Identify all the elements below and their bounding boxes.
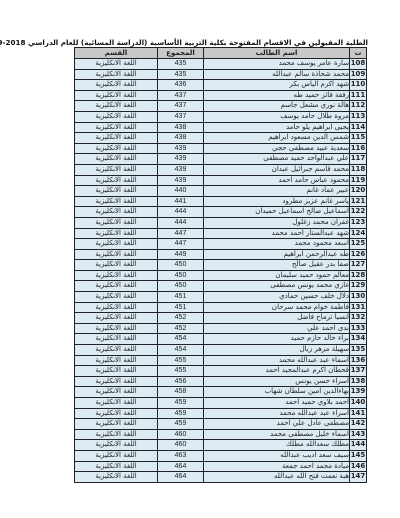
table-row: 127صفا بدر عقيل صالح450اللغة الانكليزية [75,260,367,271]
total-score: 438 [158,133,204,144]
table-row: 110شهد اكرم الياس بكر436اللغة الانكليزية [75,80,367,91]
total-score: 463 [158,450,204,461]
department: اللغة الانكليزية [75,323,158,334]
department: اللغة الانكليزية [75,472,158,483]
total-score: 438 [158,122,204,133]
total-score: 439 [158,143,204,154]
total-score: 459 [158,408,204,419]
student-name: براء خالد حازم حميد [204,334,350,345]
department: اللغة الانكليزية [75,217,158,228]
department: اللغة الانكليزية [75,419,158,430]
department: اللغة الانكليزية [75,366,158,377]
student-name: انسيا ترماح فاضل [204,313,350,324]
department: اللغة الانكليزية [75,143,158,154]
student-name: طه عبدالرحمن ابراهيم [204,249,350,260]
row-number: 112 [350,101,367,112]
student-name: يحيى ابراهيم يلو حامد [204,122,350,133]
department: اللغة الانكليزية [75,281,158,292]
total-score: 452 [158,323,204,334]
department: اللغة الانكليزية [75,461,158,472]
row-number: 122 [350,207,367,218]
department: اللغة الانكليزية [75,313,158,324]
department: اللغة الانكليزية [75,398,158,409]
total-score: 439 [158,154,204,165]
table-body: 108سارة عامر يوسف محمد435اللغة الانكليزي… [75,59,367,483]
student-name: بهاءالدين امين سلطان شهاب [204,387,350,398]
row-number: 139 [350,387,367,398]
total-score: 437 [158,101,204,112]
header-total: المجموع [158,48,204,59]
student-name: مصطفى عادل علي احمد [204,419,350,430]
total-score: 441 [158,196,204,207]
table-row: 119محمود عباس حامد احمد439اللغة الانكليز… [75,175,367,186]
student-name: ياسر غانم عزيز مطرود [204,196,350,207]
table-row: 136اسماء عبد عبدالله محمد455اللغة الانكل… [75,355,367,366]
row-number: 135 [350,345,367,356]
table-row: 141اسراء عبد عبدالله محمد459اللغة الانكل… [75,408,367,419]
department: اللغة الانكليزية [75,207,158,218]
table-row: 134براء خالد حازم حميد454اللغة الانكليزي… [75,334,367,345]
total-score: 459 [158,398,204,409]
row-number: 127 [350,260,367,271]
student-name: مطلك سعدالله مطلك [204,440,350,451]
table-row: 111رفقة فائز حميد طه437اللغة الانكليزية [75,90,367,101]
student-name: معالم حمود حميد سليمان [204,270,350,281]
table-row: 144مطلك سعدالله مطلك460اللغة الانكليزية [75,440,367,451]
table-row: 120عبير عماد غانم440اللغة الانكليزية [75,186,367,197]
total-score: 460 [158,429,204,440]
total-score: 455 [158,355,204,366]
student-name: اسماء خليل مصطفى محمد [204,429,350,440]
page-title: الطلبة المقبولين في الاقسام المفتوحة بكل… [74,38,368,47]
student-name: علي عبدالواحد حميد مصطفى [204,154,350,165]
student-name: مروة طلال حامد يوسف [204,111,350,122]
table-row: 142مصطفى عادل علي احمد459اللغة الانكليزي… [75,419,367,430]
table-row: 130دلال خلف حسين حمادي451اللغة الانكليزي… [75,292,367,303]
student-name: هبة نعمت فتح الله عبدالله [204,472,350,483]
row-number: 126 [350,249,367,260]
row-number: 119 [350,175,367,186]
student-name: احمد بلاوي حميد احمد [204,398,350,409]
total-score: 459 [158,419,204,430]
total-score: 452 [158,313,204,324]
row-number: 124 [350,228,367,239]
table-header-row: ت اسم الطالب المجموع القسم [75,48,367,59]
total-score: 456 [158,376,204,387]
table-row: 147هبة نعمت فتح الله عبدالله464اللغة الا… [75,472,367,483]
department: اللغة الانكليزية [75,239,158,250]
table-row: 126طه عبدالرحمن ابراهيم449اللغة الانكليز… [75,249,367,260]
row-number: 147 [350,472,367,483]
table-row: 114يحيى ابراهيم يلو حامد438اللغة الانكلي… [75,122,367,133]
row-number: 133 [350,323,367,334]
table-row: 124شهد عبدالستار احمد محمد447اللغة الانك… [75,228,367,239]
row-number: 108 [350,59,367,70]
row-number: 132 [350,313,367,324]
table-row: 116سعدية عبيد مصطفى حجي439اللغة الانكليز… [75,143,367,154]
header-number: ت [350,48,367,59]
total-score: 454 [158,345,204,356]
total-score: 439 [158,175,204,186]
row-number: 125 [350,239,367,250]
total-score: 460 [158,440,204,451]
student-name: رفقة فائز حميد طه [204,90,350,101]
total-score: 451 [158,292,204,303]
total-score: 464 [158,472,204,483]
department: اللغة الانكليزية [75,196,158,207]
total-score: 436 [158,80,204,91]
table-row: 125اسعد محمود محمد447اللغة الانكليزية [75,239,367,250]
row-number: 144 [350,440,367,451]
total-score: 451 [158,302,204,313]
row-number: 109 [350,69,367,80]
student-name: محمد شحاذة سالم عبدالله [204,69,350,80]
table-row: 115شمس الدين مسعود ابراهيم438اللغة الانك… [75,133,367,144]
table-row: 112هالة نوري مشعل جاسم437اللغة الانكليزي… [75,101,367,112]
department: اللغة الانكليزية [75,164,158,175]
row-number: 138 [350,376,367,387]
department: اللغة الانكليزية [75,59,158,70]
student-name: سيف سعد اديب عبدالله [204,450,350,461]
student-name: غازي محمد يونس مصطفى [204,281,350,292]
table-row: 108سارة عامر يوسف محمد435اللغة الانكليزي… [75,59,367,70]
student-name: اسماعيل صالح اسماعيل حميدان [204,207,350,218]
row-number: 117 [350,154,367,165]
department: اللغة الانكليزية [75,154,158,165]
department: اللغة الانكليزية [75,334,158,345]
student-name: محمد قاسم جبرائيل عبدان [204,164,350,175]
row-number: 113 [350,111,367,122]
department: اللغة الانكليزية [75,440,158,451]
department: اللغة الانكليزية [75,249,158,260]
row-number: 131 [350,302,367,313]
student-name: شهد اكرم الياس بكر [204,80,350,91]
row-number: 115 [350,133,367,144]
department: اللغة الانكليزية [75,292,158,303]
department: اللغة الانكليزية [75,69,158,80]
department: اللغة الانكليزية [75,101,158,112]
total-score: 444 [158,217,204,228]
student-name: اسعد محمود محمد [204,239,350,250]
department: اللغة الانكليزية [75,429,158,440]
table-row: 139بهاءالدين امين سلطان شهاب458اللغة الا… [75,387,367,398]
table-row: 131فاطمة خوام محمد سرحان451اللغة الانكلي… [75,302,367,313]
row-number: 120 [350,186,367,197]
total-score: 464 [158,461,204,472]
department: اللغة الانكليزية [75,228,158,239]
table-row: 121ياسر غانم عزيز مطرود441اللغة الانكليز… [75,196,367,207]
student-name: قحطان اكرم عبدالمجيد احمد [204,366,350,377]
table-row: 128معالم حمود حميد سليمان450اللغة الانكل… [75,270,367,281]
total-score: 450 [158,281,204,292]
table-row: 146ميادة محمد احمد جمعة464اللغة الانكليز… [75,461,367,472]
row-number: 118 [350,164,367,175]
department: اللغة الانكليزية [75,450,158,461]
total-score: 437 [158,90,204,101]
row-number: 143 [350,429,367,440]
row-number: 128 [350,270,367,281]
department: اللغة الانكليزية [75,355,158,366]
table-row: 118محمد قاسم جبرائيل عبدان439اللغة الانك… [75,164,367,175]
department: اللغة الانكليزية [75,111,158,122]
row-number: 111 [350,90,367,101]
row-number: 146 [350,461,367,472]
table-row: 129غازي محمد يونس مصطفى450اللغة الانكليز… [75,281,367,292]
table-row: 123غفران محمد زغلول444اللغة الانكليزية [75,217,367,228]
student-name: فاطمة خوام محمد سرحان [204,302,350,313]
row-number: 116 [350,143,367,154]
row-number: 123 [350,217,367,228]
row-number: 121 [350,196,367,207]
department: اللغة الانكليزية [75,345,158,356]
student-name: غفران محمد زغلول [204,217,350,228]
total-score: 435 [158,59,204,70]
table-row: 117علي عبدالواحد حميد مصطفى439اللغة الان… [75,154,367,165]
student-name: صفا بدر عقيل صالح [204,260,350,271]
student-name: سارة عامر يوسف محمد [204,59,350,70]
department: اللغة الانكليزية [75,90,158,101]
department: اللغة الانكليزية [75,80,158,91]
student-name: دلال خلف حسين حمادي [204,292,350,303]
total-score: 439 [158,164,204,175]
student-name: عبير عماد غانم [204,186,350,197]
student-name: اسراء عبد عبدالله محمد [204,408,350,419]
row-number: 141 [350,408,367,419]
student-name: سهيلة مزهر زيال [204,345,350,356]
row-number: 129 [350,281,367,292]
total-score: 435 [158,69,204,80]
student-name: ندى احمد علي [204,323,350,334]
row-number: 136 [350,355,367,366]
department: اللغة الانكليزية [75,376,158,387]
department: اللغة الانكليزية [75,122,158,133]
total-score: 444 [158,207,204,218]
table-row: 138اسراء حسن يونس456اللغة الانكليزية [75,376,367,387]
total-score: 437 [158,111,204,122]
department: اللغة الانكليزية [75,270,158,281]
row-number: 114 [350,122,367,133]
header-department: القسم [75,48,158,59]
department: اللغة الانكليزية [75,186,158,197]
table-row: 143اسماء خليل مصطفى محمد460اللغة الانكلي… [75,429,367,440]
total-score: 450 [158,260,204,271]
student-name: شمس الدين مسعود ابراهيم [204,133,350,144]
row-number: 130 [350,292,367,303]
row-number: 140 [350,398,367,409]
table-row: 109محمد شحاذة سالم عبدالله435اللغة الانك… [75,69,367,80]
table-row: 133ندى احمد علي452اللغة الانكليزية [75,323,367,334]
total-score: 449 [158,249,204,260]
department: اللغة الانكليزية [75,302,158,313]
total-score: 450 [158,270,204,281]
department: اللغة الانكليزية [75,387,158,398]
table-row: 140احمد بلاوي حميد احمد459اللغة الانكليز… [75,398,367,409]
table-row: 135سهيلة مزهر زيال454اللغة الانكليزية [75,345,367,356]
student-name: شهد عبدالستار احمد محمد [204,228,350,239]
table-row: 122اسماعيل صالح اسماعيل حميدان444اللغة ا… [75,207,367,218]
student-name: اسراء حسن يونس [204,376,350,387]
department: اللغة الانكليزية [75,260,158,271]
header-name: اسم الطالب [204,48,350,59]
department: اللغة الانكليزية [75,133,158,144]
department: اللغة الانكليزية [75,408,158,419]
total-score: 458 [158,387,204,398]
table-row: 137قحطان اكرم عبدالمجيد احمد455اللغة الا… [75,366,367,377]
row-number: 145 [350,450,367,461]
total-score: 454 [158,334,204,345]
table-row: 145سيف سعد اديب عبدالله463اللغة الانكليز… [75,450,367,461]
row-number: 110 [350,80,367,91]
student-name: هالة نوري مشعل جاسم [204,101,350,112]
total-score: 440 [158,186,204,197]
department: اللغة الانكليزية [75,175,158,186]
total-score: 447 [158,239,204,250]
row-number: 134 [350,334,367,345]
student-name: محمود عباس حامد احمد [204,175,350,186]
student-name: اسماء عبد عبدالله محمد [204,355,350,366]
table-row: 113مروة طلال حامد يوسف437اللغة الانكليزي… [75,111,367,122]
row-number: 142 [350,419,367,430]
total-score: 447 [158,228,204,239]
row-number: 137 [350,366,367,377]
student-name: سعدية عبيد مصطفى حجي [204,143,350,154]
table-row: 132انسيا ترماح فاضل452اللغة الانكليزية [75,313,367,324]
total-score: 455 [158,366,204,377]
student-name: ميادة محمد احمد جمعة [204,461,350,472]
results-table: ت اسم الطالب المجموع القسم 108سارة عامر … [74,47,367,483]
